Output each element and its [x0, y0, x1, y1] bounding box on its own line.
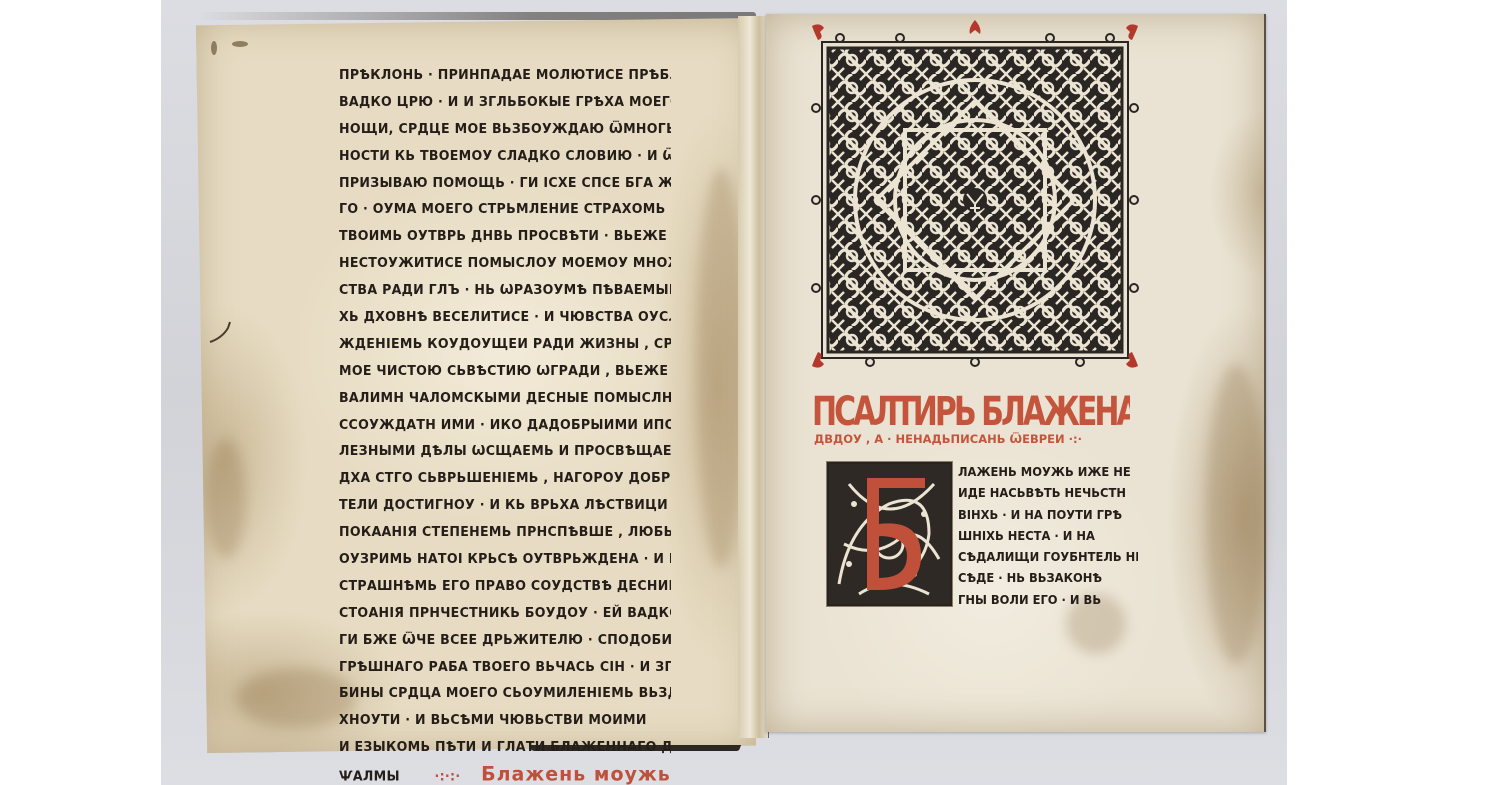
text-line: и езыкомь пѣти и глати блаженнаго двда	[339, 734, 671, 762]
book-gutter	[738, 16, 769, 738]
text-line: вінхь · и на поути грѣ	[958, 504, 1138, 526]
text-line: страшнѣмь его право соудствѣ десниго	[339, 572, 671, 600]
foliate-initial-b-icon	[829, 464, 950, 604]
text-line: валимн чаломскыми десные помыслн ра	[339, 384, 671, 412]
text-line: ги бже ѿче всее дрьжителю · сподоби ме	[339, 626, 671, 654]
text-line: бины срдца моего сьоумиленіемь вьздѣ	[339, 680, 671, 708]
text-line: сѣде · нь вьзаконѣ	[958, 568, 1138, 590]
psalms-word: ѱалмы	[339, 768, 400, 784]
text-line: прѣклонь · принпадае молютисе прѣблгын	[339, 61, 671, 89]
text-line: жденіемь коудоущеи ради жизны , срдце	[339, 330, 671, 358]
worm-hole-mark	[208, 38, 248, 78]
ornament: ·:·:·	[435, 768, 461, 784]
text-line: лажень моужь иже не	[958, 461, 1138, 483]
book-cover-edge-top	[196, 12, 756, 20]
text-line: мое чистою сьвѣстию ѡгради , вьеже та	[339, 357, 671, 385]
stain	[206, 438, 246, 558]
text-line: твоимь оутврь днвь просвѣти · вьеже	[339, 223, 671, 251]
left-page-text: прѣклонь · принпадае молютисе прѣблгын в…	[339, 62, 671, 785]
text-line: хь дховнѣ веселитисе · и чювства оусла	[339, 303, 671, 331]
text-line: го · оума моего стрьмление страхомь	[339, 196, 671, 224]
text-line: иде насьвѣть нечьстн	[958, 483, 1138, 505]
stain	[1206, 364, 1266, 664]
right-page-text: лажень моужь иже не иде насьвѣть нечьстн…	[958, 462, 1138, 611]
text-line: хноути · и вьсѣми чювьстви моими	[339, 707, 671, 735]
text-line-final: ѱалмы ·:·:· Блажень моужь ·· ·:·	[339, 760, 671, 785]
text-line: тели достигноу · и кь врьха лѣствици	[339, 492, 671, 520]
stain	[236, 668, 356, 728]
text-line: ности кь твоемоу сладко словию · и ѿтебе	[339, 142, 671, 170]
text-line: ства ради глъ · нь ѡразоумѣ пѣваемын	[339, 276, 671, 304]
text-line: призываю помощь · ги ісхе спсе бга жива	[339, 169, 671, 197]
text-line: сѣдалищи гоубнтель не	[958, 547, 1138, 569]
text-line: шніхь неста · и на	[958, 525, 1138, 547]
ink-mark	[208, 318, 238, 348]
double-headed-eagle-icon	[963, 188, 987, 212]
knotwork-headpiece	[810, 18, 1140, 373]
rubric-heading: Блажень моужь	[481, 763, 671, 785]
text-line: нощи, срдце мое вьзбоуждаю ѿмногые лѣ	[339, 115, 671, 143]
text-line: стоанія прнчестникь боудоу · ей вадко	[339, 599, 671, 627]
text-line: гны воли его · и вь	[958, 589, 1138, 611]
decorated-initial	[827, 462, 952, 606]
text-line: лезными дѣлы ѡсщаемь и просвѣщаемь	[339, 438, 671, 466]
text-line: грѣшнаго раба твоего вьчась сін · и згль	[339, 653, 671, 681]
text-line: вадко црю · и и згльбокые грѣха моего	[339, 88, 671, 116]
text-line: покаанія степенемь прнспѣвше , любы бга	[339, 518, 671, 546]
text-line: ссоуждатн ими · ико дадобрыими ипо	[339, 411, 671, 439]
text-line: нестоужитисе помыслоу моемоу множь	[339, 250, 671, 278]
text-line: дха стго сьврьшеніемь , нагороу добро дѣ	[339, 465, 671, 493]
text-line: оузримь натоі крьсѣ оутврьждена · и на	[339, 545, 671, 573]
title-subline: двдоу , а · ненадьписань ѿевреи ·:·	[814, 432, 1134, 446]
